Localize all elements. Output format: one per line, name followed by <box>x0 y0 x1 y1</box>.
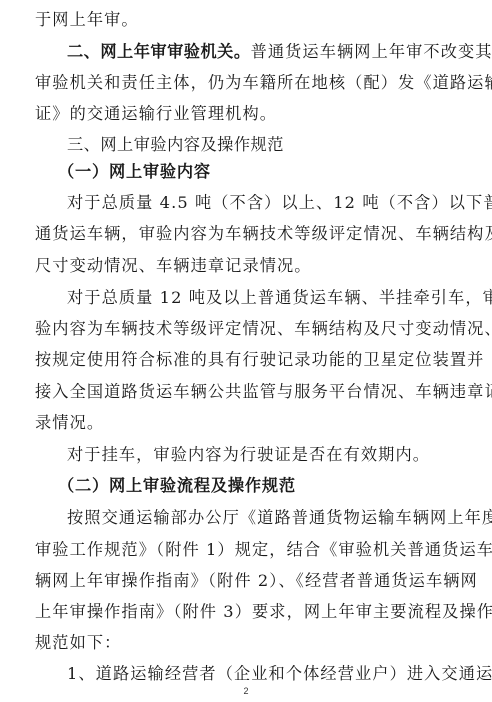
paragraph-line: 审验机关和责任主体，仍为车籍所在地核（配）发《道路运输 <box>35 73 457 93</box>
paragraph-line: 对于总质量 12 吨及以上普通货运车辆、半挂牵引车，审 <box>67 288 457 308</box>
paragraph-line: 录情况。 <box>35 413 457 433</box>
paragraph-line: 按照交通运输部办公厅《道路普通货物运输车辆网上年度 <box>67 508 457 528</box>
section-2-text: 普通货运车辆网上年审不改变其 <box>251 42 492 61</box>
document-page: 于网上年审。 二、网上年审审验机关。普通货运车辆网上年审不改变其 审验机关和责任… <box>0 0 492 702</box>
paragraph-line: 审验工作规范》（附件 1）规定，结合《审验机关普通货运车 <box>35 540 457 560</box>
section-2-heading: 二、网上年审审验机关。 <box>67 42 251 61</box>
paragraph-line: 于网上年审。 <box>35 10 457 30</box>
paragraph-line: 证》的交通运输行业管理机构。 <box>35 104 457 124</box>
paragraph-line: 规范如下： <box>35 633 457 653</box>
paragraph-line: 验内容为车辆技术等级评定情况、车辆结构及尺寸变动情况、 <box>35 319 457 339</box>
subsection-2-heading: （二）网上审验流程及操作规范 <box>58 476 480 496</box>
paragraph-line: 1、道路运输经营者（企业和个体经营业户）进入交通运 <box>67 664 457 684</box>
paragraph-line: 对于挂车，审验内容为行驶证是否在有效期内。 <box>67 445 457 465</box>
paragraph-line: 辆网上年审操作指南》（附件 2）、《经营者普通货运车辆网 <box>35 571 457 591</box>
section-3-heading: 三、网上审验内容及操作规范 <box>67 135 457 155</box>
paragraph-line: 接入全国道路货运车辆公共监管与服务平台情况、车辆违章记 <box>35 382 457 402</box>
page-number: 2 <box>0 686 492 696</box>
paragraph-line: 通货运车辆，审验内容为车辆技术等级评定情况、车辆结构及 <box>35 224 457 244</box>
paragraph-line: 上年审操作指南》（附件 3）要求，网上年审主要流程及操作 <box>35 602 457 622</box>
subsection-1-heading: （一）网上审验内容 <box>58 162 480 182</box>
section-2-line: 二、网上年审审验机关。普通货运车辆网上年审不改变其 <box>67 42 457 62</box>
paragraph-line: 尺寸变动情况、车辆违章记录情况。 <box>35 256 457 276</box>
paragraph-line: 按规定使用符合标准的具有行驶记录功能的卫星定位装置并 <box>35 350 457 370</box>
paragraph-line: 对于总质量 4.5 吨（不含）以上、12 吨（不含）以下普 <box>67 193 457 213</box>
